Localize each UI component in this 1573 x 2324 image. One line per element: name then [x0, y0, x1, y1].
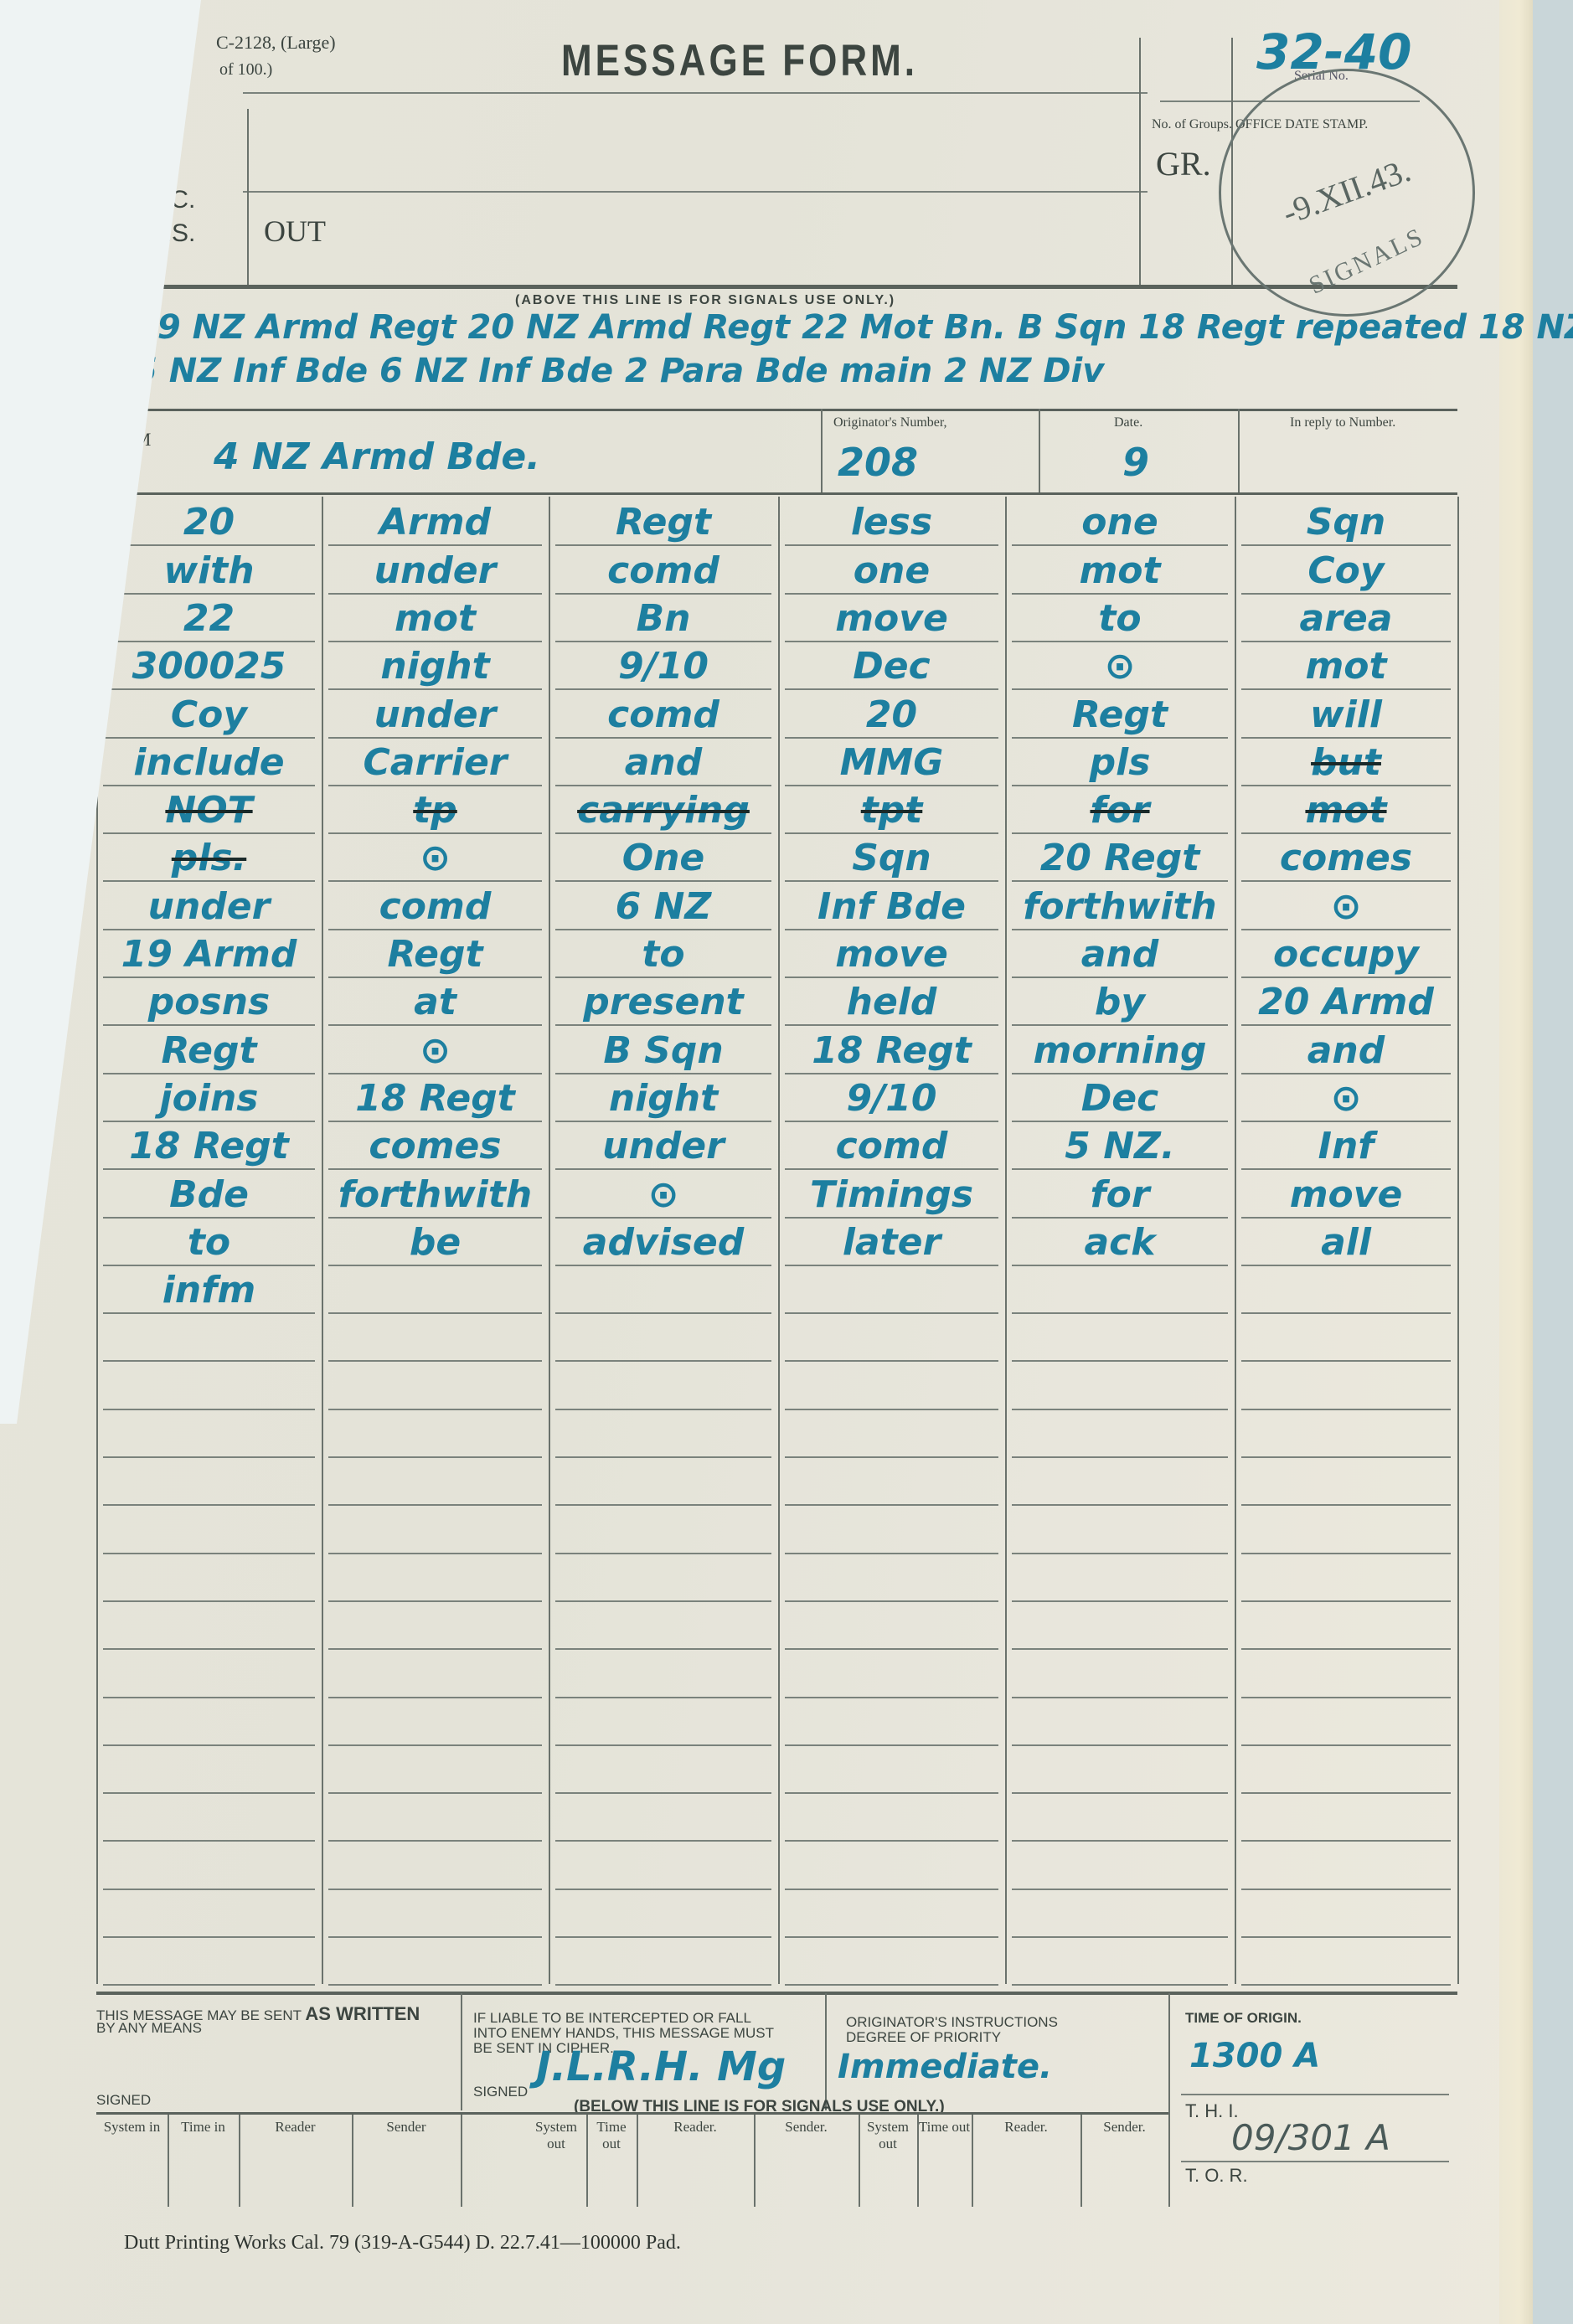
grid-row-rule: [1241, 1600, 1451, 1602]
grid-cell: ⊙: [549, 1173, 778, 1216]
grid-row-rule: [103, 1984, 315, 1986]
grid-row-rule: [1012, 1600, 1228, 1602]
grid-row-rule: [1241, 1024, 1451, 1026]
grid-row-rule: [103, 1265, 315, 1266]
grid-row-rule: [328, 1889, 542, 1890]
grid-row-rule: [785, 785, 998, 786]
grid-row-rule: [328, 880, 542, 882]
grid-row-rule: [1012, 929, 1228, 930]
grid-row-rule: [1012, 1073, 1228, 1074]
grid-cell: pls.: [96, 837, 322, 879]
grid-row-rule: [1241, 1504, 1451, 1506]
grid-cell: 18 Regt: [96, 1125, 322, 1167]
grid-row-rule: [555, 1936, 771, 1938]
date-label: Date.: [1114, 415, 1142, 430]
grid-row-rule: [1012, 641, 1228, 642]
grid-cell: present: [549, 981, 778, 1023]
grid-cell: NOT: [96, 789, 322, 832]
grid-row-rule: [103, 1024, 315, 1026]
grid-row-rule: [785, 641, 998, 642]
grid-cell: held: [778, 981, 1005, 1023]
grid-row-rule: [785, 1936, 998, 1938]
grid-row-rule: [555, 737, 771, 739]
grid-row-rule: [555, 641, 771, 642]
grid-row-rule: [1012, 737, 1228, 739]
grid-row-rule: [1012, 1312, 1228, 1314]
signals-column-header: System in: [96, 2119, 168, 2136]
intercept-text-2: INTO ENEMY HANDS, THIS MESSAGE MUST: [473, 2025, 774, 2042]
grid-row-rule: [555, 1456, 771, 1458]
grid-row-rule: [1012, 1697, 1228, 1698]
grid-cell: 20 Armd: [1235, 981, 1457, 1023]
time-of-origin-label: TIME OF ORIGIN.: [1185, 2010, 1302, 2027]
grid-row-rule: [1241, 737, 1451, 739]
grid-row-rule: [328, 785, 542, 786]
grid-row-rule: [785, 1073, 998, 1074]
grid-row-rule: [1241, 1984, 1451, 1986]
addressees-line-1: 19 NZ Armd Regt 20 NZ Armd Regt 22 Mot B…: [134, 308, 1573, 347]
grid-cell: night: [549, 1077, 778, 1120]
grid-row-rule: [103, 1697, 315, 1698]
grid-row-rule: [328, 1168, 542, 1170]
grid-row-rule: [328, 737, 542, 739]
grid-cell: pls: [1005, 741, 1235, 784]
grid-row-rule: [785, 688, 998, 690]
grid-cell: for: [1005, 789, 1235, 832]
grid-row-rule: [785, 832, 998, 834]
grid-row-rule: [785, 544, 998, 546]
sent-label-2: BY ANY MEANS: [96, 2020, 202, 2037]
grid-row-rule: [1241, 1936, 1451, 1938]
grid-cell: Regt: [1005, 693, 1235, 736]
grid-row-rule: [1012, 1889, 1228, 1890]
grid-cell: move: [778, 933, 1005, 976]
grid-row-rule: [785, 1024, 998, 1026]
date-value: 9: [1122, 440, 1149, 485]
addressees-line-2: 5 NZ Inf Bde 6 NZ Inf Bde 2 Para Bde mai…: [134, 352, 1104, 390]
tor-label: T. O. R.: [1185, 2165, 1248, 2187]
grid-cell: all: [1235, 1221, 1457, 1264]
grid-row-rule: [103, 1648, 315, 1650]
grid-row-rule: [785, 1600, 998, 1602]
grid-row-rule: [785, 1792, 998, 1794]
grid-cell: One: [549, 837, 778, 879]
grid-row-rule: [555, 1121, 771, 1122]
form-number: C-2128, (Large): [216, 32, 336, 54]
grid-row-rule: [1012, 1984, 1228, 1986]
grid-row-rule: [1012, 1360, 1228, 1362]
grid-row-rule: [555, 1648, 771, 1650]
grid-cell: 19 Armd: [96, 933, 322, 976]
grid-row-rule: [103, 544, 315, 546]
grid-cell: Regt: [549, 501, 778, 544]
grid-cell: 18 Regt: [778, 1029, 1005, 1072]
grid-row-rule: [328, 1121, 542, 1122]
grid-row-rule: [1241, 1409, 1451, 1410]
grid-row-rule: [103, 1600, 315, 1602]
page-title: MESSAGE FORM.: [561, 36, 918, 86]
signed-label-left: SIGNED: [96, 2092, 151, 2109]
grid-row-rule: [103, 976, 315, 978]
grid-cell: by: [1005, 981, 1235, 1023]
grid-row-rule: [328, 1744, 542, 1746]
grid-cell: will: [1235, 693, 1457, 736]
grid-row-rule: [555, 1697, 771, 1698]
grid-row-rule: [1012, 1648, 1228, 1650]
signed-label-right: SIGNED: [473, 2084, 528, 2100]
grid-row-rule: [1241, 976, 1451, 978]
signals-column-header: Sender: [352, 2119, 461, 2136]
signals-column-header: Reader.: [637, 2119, 754, 2136]
grid-row-rule: [785, 1409, 998, 1410]
grid-row-rule: [328, 544, 542, 546]
grid-cell: infm: [96, 1269, 322, 1311]
grid-row-rule: [1241, 1217, 1451, 1219]
grid-row-rule: [328, 1409, 542, 1410]
signals-column-header: System out: [859, 2119, 917, 2152]
grid-row-rule: [1241, 1265, 1451, 1266]
grid-row-rule: [1241, 1168, 1451, 1170]
grid-row-rule: [328, 1697, 542, 1698]
grid-row-rule: [555, 1840, 771, 1842]
grid-row-rule: [328, 1553, 542, 1554]
grid-cell: later: [778, 1221, 1005, 1264]
grid-cell: with: [96, 549, 322, 592]
grid-row-rule: [785, 737, 998, 739]
grid-cell: comd: [549, 693, 778, 736]
grid-cell: 5 NZ.: [1005, 1125, 1235, 1167]
grid-row-rule: [1012, 1168, 1228, 1170]
grid-row-rule: [1241, 1840, 1451, 1842]
grid-row-rule: [1012, 688, 1228, 690]
grid-cell: to: [96, 1221, 322, 1264]
grid-row-rule: [555, 1409, 771, 1410]
grid-cell: comd: [549, 549, 778, 592]
grid-row-rule: [785, 1697, 998, 1698]
intercept-text-1: IF LIABLE TO BE INTERCEPTED OR FALL: [473, 2010, 751, 2027]
grid-cell: 300025: [96, 645, 322, 688]
reply-label: In reply to Number.: [1290, 415, 1395, 430]
grid-cell: Regt: [322, 933, 549, 976]
stamp-date: -9.XII.43.: [1277, 150, 1416, 232]
grid-row-rule: [555, 929, 771, 930]
grid-cell: Inf: [1235, 1125, 1457, 1167]
grid-row-rule: [103, 1312, 315, 1314]
grid-row-rule: [1241, 929, 1451, 930]
grid-cell: ⊙: [1235, 1077, 1457, 1120]
signals-column-header: Sender.: [754, 2119, 859, 2136]
grid-column-rule: [1457, 497, 1459, 1984]
grid-row-rule: [785, 1648, 998, 1650]
grid-row-rule: [1241, 544, 1451, 546]
grid-cell: mot: [1005, 549, 1235, 592]
grid-row-rule: [103, 1360, 315, 1362]
grid-row-rule: [328, 1984, 542, 1986]
grid-row-rule: [785, 1504, 998, 1506]
orig-instructions-label: ORIGINATOR'S INSTRUCTIONS: [846, 2014, 1058, 2031]
grid-row-rule: [785, 880, 998, 882]
printer-imprint: Dutt Printing Works Cal. 79 (319-A-G544)…: [124, 2232, 681, 2254]
grid-row-rule: [103, 1456, 315, 1458]
grid-row-rule: [1241, 1312, 1451, 1314]
grid-row-rule: [328, 1648, 542, 1650]
grid-cell: ⊙: [1235, 885, 1457, 928]
grid-cell: area: [1235, 597, 1457, 640]
grid-cell: ⊙: [322, 837, 549, 879]
grid-row-rule: [555, 1553, 771, 1554]
grid-row-rule: [1012, 1936, 1228, 1938]
paper-edge: [1499, 0, 1533, 2324]
grid-row-rule: [103, 1409, 315, 1410]
grid-cell: 22: [96, 597, 322, 640]
grid-cell: occupy: [1235, 933, 1457, 976]
grid-cell: mot: [1235, 789, 1457, 832]
grid-cell: under: [549, 1125, 778, 1167]
grid-row-rule: [785, 1456, 998, 1458]
grid-cell: ⊙: [322, 1029, 549, 1072]
grid-cell: Coy: [1235, 549, 1457, 592]
grid-row-rule: [103, 1073, 315, 1074]
office-date-stamp: -9.XII.43. SIGNALS: [1219, 69, 1475, 317]
grid-row-rule: [1241, 1889, 1451, 1890]
grid-cell: B Sqn: [549, 1029, 778, 1072]
grid-cell: 9/10: [778, 1077, 1005, 1120]
grid-cell: carrying: [549, 789, 778, 832]
grid-row-rule: [103, 688, 315, 690]
grid-row-rule: [103, 929, 315, 930]
grid-cell: advised: [549, 1221, 778, 1264]
out-label: OUT: [264, 214, 326, 249]
grid-row-rule: [1241, 641, 1451, 642]
grid-cell: Carrier: [322, 741, 549, 784]
grid-cell: night: [322, 645, 549, 688]
grid-cell: MMG: [778, 741, 1005, 784]
grid-cell: tp: [322, 789, 549, 832]
grid-cell: Armd: [322, 501, 549, 544]
grid-row-rule: [555, 1312, 771, 1314]
grid-cell: Timings: [778, 1173, 1005, 1216]
grid-row-rule: [785, 1889, 998, 1890]
grid-row-rule: [785, 1121, 998, 1122]
signals-column-header: Time out: [917, 2119, 972, 2136]
grid-row-rule: [103, 1889, 315, 1890]
grid-cell: Dec: [778, 645, 1005, 688]
grid-row-rule: [555, 880, 771, 882]
grid-row-rule: [103, 785, 315, 786]
grid-row-rule: [1012, 832, 1228, 834]
grid-cell: comd: [322, 885, 549, 928]
grid-row-rule: [555, 832, 771, 834]
grid-row-rule: [1012, 880, 1228, 882]
gr-label: GR.: [1156, 144, 1211, 183]
grid-row-rule: [103, 880, 315, 882]
grid-row-rule: [785, 1840, 998, 1842]
grid-row-rule: [1241, 593, 1451, 595]
grid-row-rule: [1241, 785, 1451, 786]
grid-cell: to: [549, 933, 778, 976]
grid-row-rule: [1241, 1744, 1451, 1746]
grid-cell: Sqn: [778, 837, 1005, 879]
grid-row-rule: [555, 1504, 771, 1506]
time-of-origin-value: 1300 A: [1189, 2037, 1320, 2075]
grid-row-rule: [1241, 1121, 1451, 1122]
grid-cell: comes: [1235, 837, 1457, 879]
grid-cell: Bn: [549, 597, 778, 640]
grid-cell: be: [322, 1221, 549, 1264]
grid-row-rule: [1012, 1744, 1228, 1746]
grid-row-rule: [785, 1168, 998, 1170]
grid-cell: and: [549, 741, 778, 784]
grid-row-rule: [328, 1936, 542, 1938]
grid-row-rule: [555, 1073, 771, 1074]
grid-cell: 20: [778, 693, 1005, 736]
thi-value: 09/301 A: [1231, 2117, 1390, 2158]
grid-row-rule: [328, 593, 542, 595]
grid-row-rule: [1012, 1840, 1228, 1842]
grid-row-rule: [1012, 1121, 1228, 1122]
grid-row-rule: [328, 929, 542, 930]
grid-row-rule: [328, 1456, 542, 1458]
grid-cell: but: [1235, 741, 1457, 784]
grid-row-rule: [103, 593, 315, 595]
grid-row-rule: [555, 1984, 771, 1986]
signals-column-header: Reader.: [972, 2119, 1080, 2136]
grid-cell: comd: [778, 1125, 1005, 1167]
signals-column-header: System out: [526, 2119, 586, 2152]
signals-column-header: Time in: [168, 2119, 239, 2136]
grid-row-rule: [103, 1792, 315, 1794]
grid-row-rule: [103, 641, 315, 642]
grid-cell: one: [1005, 501, 1235, 544]
grid-row-rule: [328, 1840, 542, 1842]
grid-row-rule: [103, 1840, 315, 1842]
grid-row-rule: [785, 1553, 998, 1554]
grid-row-rule: [785, 1312, 998, 1314]
grid-row-rule: [555, 1744, 771, 1746]
grid-cell: comes: [322, 1125, 549, 1167]
grid-row-rule: [1241, 832, 1451, 834]
grid-cell: one: [778, 549, 1005, 592]
grid-row-rule: [555, 1168, 771, 1170]
grid-row-rule: [555, 976, 771, 978]
grid-row-rule: [103, 1121, 315, 1122]
grid-cell: ⊙: [1005, 645, 1235, 688]
grid-row-rule: [328, 1504, 542, 1506]
grid-cell: and: [1005, 933, 1235, 976]
grid-cell: tpt: [778, 789, 1005, 832]
message-form-sheet: C-2128, (Large) of 100.) MESSAGE FORM. 3…: [0, 0, 1533, 2324]
stamp-text: SIGNALS: [1305, 222, 1429, 300]
grid-row-rule: [785, 929, 998, 930]
grid-cell: mot: [1235, 645, 1457, 688]
grid-row-rule: [1012, 593, 1228, 595]
grid-row-rule: [1012, 1456, 1228, 1458]
form-pad: of 100.): [219, 60, 272, 80]
grid-cell: less: [778, 501, 1005, 544]
grid-row-rule: [1241, 1073, 1451, 1074]
grid-row-rule: [1012, 1504, 1228, 1506]
signature: J.L.R.H. Mg: [536, 2043, 786, 2090]
signals-column-header: Time out: [586, 2119, 637, 2152]
grid-row-rule: [328, 1024, 542, 1026]
grid-row-rule: [785, 1984, 998, 1986]
grid-row-rule: [555, 544, 771, 546]
grid-cell: 9/10: [549, 645, 778, 688]
grid-row-rule: [785, 976, 998, 978]
grid-row-rule: [103, 832, 315, 834]
grid-cell: posns: [96, 981, 322, 1023]
grid-cell: 6 NZ: [549, 885, 778, 928]
signals-column-rule: [1168, 2115, 1170, 2207]
grid-row-rule: [1012, 1217, 1228, 1219]
grid-cell: for: [1005, 1173, 1235, 1216]
grid-row-rule: [1012, 976, 1228, 978]
grid-row-rule: [1241, 688, 1451, 690]
grid-cell: ack: [1005, 1221, 1235, 1264]
grid-row-rule: [785, 1360, 998, 1362]
grid-row-rule: [328, 1265, 542, 1266]
grid-row-rule: [328, 832, 542, 834]
grid-row-rule: [1012, 544, 1228, 546]
grid-row-rule: [1012, 1792, 1228, 1794]
grid-cell: and: [1235, 1029, 1457, 1072]
grid-cell: forthwith: [1005, 885, 1235, 928]
grid-row-rule: [1012, 1553, 1228, 1554]
originator-label: Originator's Number,: [833, 415, 947, 430]
grid-cell: 18 Regt: [322, 1077, 549, 1120]
grid-row-rule: [103, 1744, 315, 1746]
grid-cell: morning: [1005, 1029, 1235, 1072]
grid-row-rule: [1241, 880, 1451, 882]
grid-row-rule: [328, 641, 542, 642]
grid-row-rule: [555, 1889, 771, 1890]
grid-cell: forthwith: [322, 1173, 549, 1216]
signals-column-header: Reader: [239, 2119, 352, 2136]
originator-number: 208: [838, 440, 918, 485]
from-value: 4 NZ Armd Bde.: [214, 435, 540, 478]
grid-cell: at: [322, 981, 549, 1023]
grid-row-rule: [1012, 1265, 1228, 1266]
grid-row-rule: [103, 1936, 315, 1938]
grid-row-rule: [103, 1217, 315, 1219]
grid-row-rule: [555, 1360, 771, 1362]
signals-column-rule: [461, 2115, 462, 2207]
grid-row-rule: [103, 1553, 315, 1554]
grid-row-rule: [328, 1792, 542, 1794]
grid-row-rule: [328, 688, 542, 690]
signals-column-header: Sender.: [1080, 2119, 1168, 2136]
grid-row-rule: [555, 1600, 771, 1602]
grid-row-rule: [555, 1792, 771, 1794]
grid-row-rule: [1241, 1456, 1451, 1458]
signals-note-top: (ABOVE THIS LINE IS FOR SIGNALS USE ONLY…: [515, 293, 895, 308]
grid-cell: Coy: [96, 693, 322, 736]
grid-cell: move: [778, 597, 1005, 640]
grid-cell: Sqn: [1235, 501, 1457, 544]
grid-cell: Bde: [96, 1173, 322, 1216]
priority-label: DEGREE OF PRIORITY: [846, 2029, 1001, 2046]
groups-label: No. of Groups.: [1152, 117, 1232, 132]
grid-cell: under: [322, 693, 549, 736]
grid-cell: Dec: [1005, 1077, 1235, 1120]
grid-row-rule: [1241, 1697, 1451, 1698]
grid-row-rule: [555, 1024, 771, 1026]
grid-row-rule: [785, 1217, 998, 1219]
priority-value: Immediate.: [838, 2048, 1052, 2086]
grid-row-rule: [785, 1265, 998, 1266]
grid-cell: Inf Bde: [778, 885, 1005, 928]
grid-cell: under: [322, 549, 549, 592]
